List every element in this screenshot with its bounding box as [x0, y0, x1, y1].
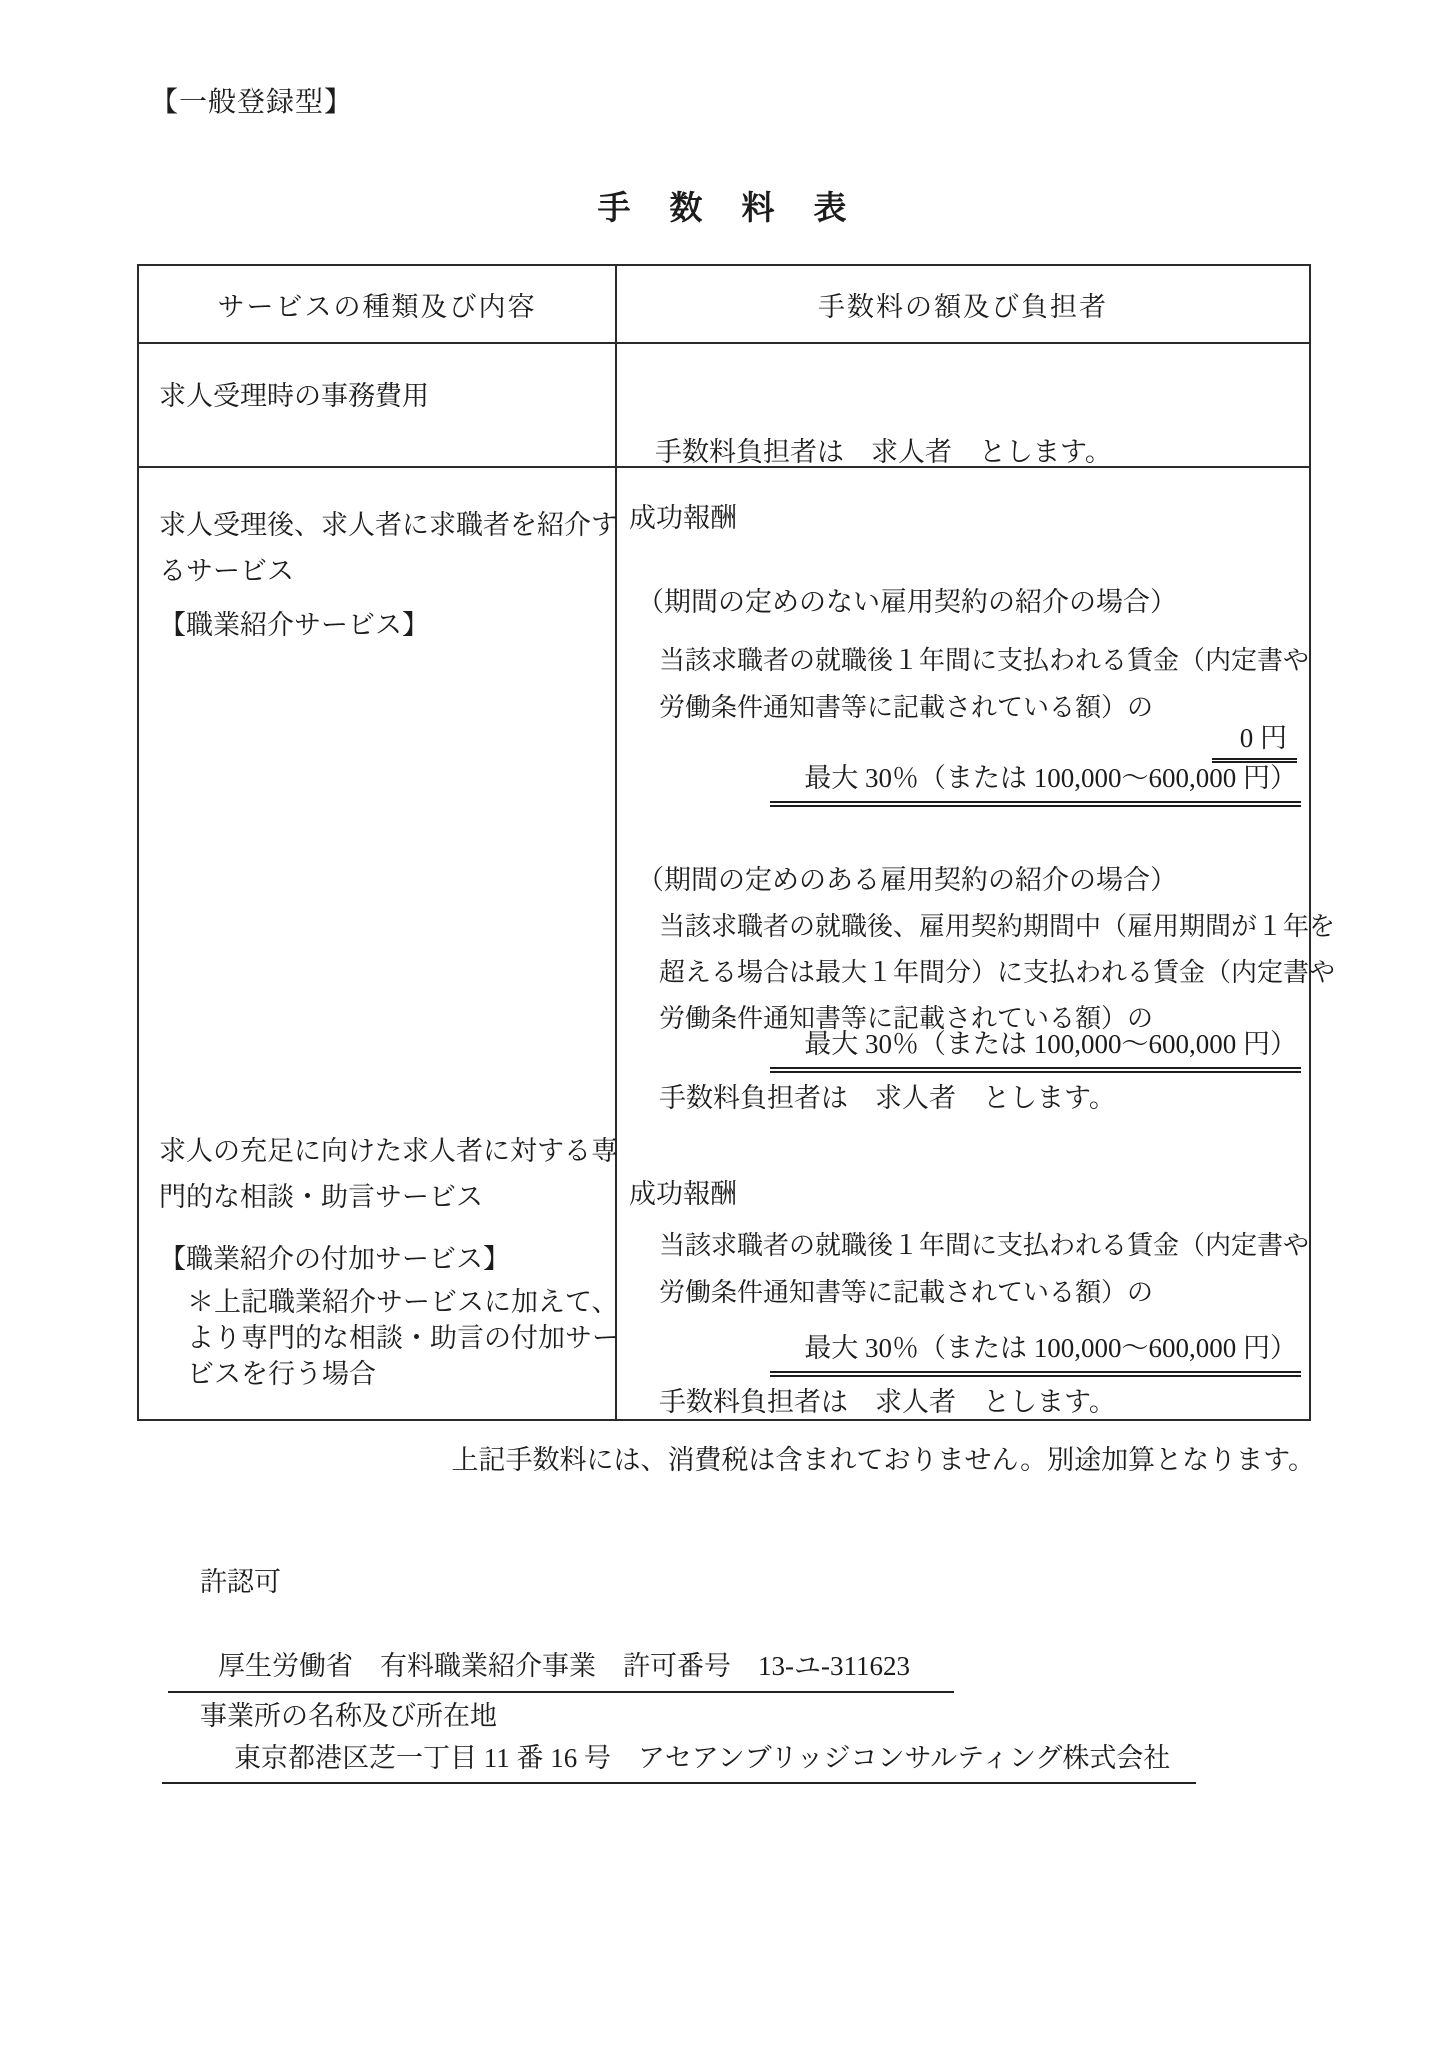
text-line: ビスを行う場合: [187, 1356, 609, 1392]
fee-schedule-page: 【一般登録型】 手 数 料 表 サービスの種類及び内容 手数料の額及び負担者 求…: [0, 0, 1447, 2048]
placement-service-lines: 求人受理後、求人者に求職者を紹介するサービス: [159, 502, 609, 594]
intake-payer-text: 手数料負担者は 求人者 とします。: [655, 430, 1112, 469]
text-line: 求人の充足に向けた求人者に対する専: [159, 1128, 609, 1174]
text-line: るサービス: [159, 548, 609, 594]
license-heading: 許認可: [200, 1560, 281, 1599]
page-title: 手 数 料 表: [0, 182, 1447, 229]
case-indefinite-block: （期間の定めのない雇用契約の紹介の場合） 当該求職者の就職後１年間に支払われる賃…: [629, 580, 1309, 731]
consulting-fee-body: 当該求職者の就職後１年間に支払われる賃金（内定書や労働条件通知書等に記載されてい…: [659, 1222, 1309, 1316]
services-left-cell: 求人受理後、求人者に求職者を紹介するサービス 【職業紹介サービス】 求人の充足に…: [139, 468, 617, 1419]
text-line: ＊上記職業紹介サービスに加えて、: [187, 1284, 609, 1320]
doc-type-label: 【一般登録型】: [150, 80, 353, 120]
intake-service-cell: 求人受理時の事務費用: [139, 344, 617, 466]
consulting-max-fee: 最大 30％（または 100,000～600,000 円）: [770, 1326, 1301, 1377]
table-row-intake: 求人受理時の事務費用 0 円 手数料負担者は 求人者 とします。: [139, 344, 1309, 468]
text-line: 門的な相談・助言サービス: [159, 1174, 609, 1220]
text-line: 労働条件通知書等に記載されている額）の: [659, 1269, 1309, 1316]
text-line: 労働条件通知書等に記載されている額）の: [659, 684, 1309, 731]
case-fixed-label: （期間の定めのある雇用契約の紹介の場合）: [637, 858, 1309, 903]
col-header-fee: 手数料の額及び負担者: [617, 266, 1309, 342]
office-name-label: 事業所の名称及び所在地: [200, 1694, 497, 1733]
placement-fee-heading: 成功報酬: [629, 496, 1309, 541]
consulting-service-lines: 求人の充足に向けた求人者に対する専門的な相談・助言サービス: [159, 1128, 609, 1220]
fee-table: サービスの種類及び内容 手数料の額及び負担者 求人受理時の事務費用 0 円 手数…: [137, 264, 1311, 1421]
case-indefinite-body: 当該求職者の就職後１年間に支払われる賃金（内定書や労働条件通知書等に記載されてい…: [659, 637, 1309, 731]
consulting-max-fee-line: 最大 30％（または 100,000～600,000 円）: [617, 1326, 1301, 1377]
consulting-service-note: ＊上記職業紹介サービスに加えて、より専門的な相談・助言の付加サービスを行う場合: [187, 1284, 609, 1392]
consulting-service-block: 求人の充足に向けた求人者に対する専門的な相談・助言サービス 【職業紹介の付加サー…: [159, 1128, 609, 1392]
consulting-payer-text: 手数料負担者は 求人者 とします。: [659, 1380, 1116, 1419]
placement-service-block: 求人受理後、求人者に求職者を紹介するサービス 【職業紹介サービス】: [159, 502, 609, 648]
text-line: 当該求職者の就職後、雇用契約期間中（雇用期間が１年を: [659, 904, 1309, 950]
consulting-fee-heading: 成功報酬: [629, 1172, 1309, 1217]
case-fixed-max-fee-line: 最大 30％（または 100,000～600,000 円）: [617, 1022, 1301, 1073]
placement-service-tag: 【職業紹介サービス】: [159, 602, 609, 648]
case-indefinite-max-fee-line: 最大 30％（または 100,000～600,000 円）: [617, 756, 1301, 807]
office-address: 東京都港区芝一丁目 11 番 16 号 アセアンブリッジコンサルティング株式会社: [162, 1736, 1196, 1784]
services-fee-cell: 成功報酬 （期間の定めのない雇用契約の紹介の場合） 当該求職者の就職後１年間に支…: [617, 468, 1309, 1419]
intake-service-label: 求人受理時の事務費用: [139, 344, 615, 413]
consulting-service-tag: 【職業紹介の付加サービス】: [159, 1236, 609, 1282]
col-header-service: サービスの種類及び内容: [139, 266, 617, 342]
text-line: より専門的な相談・助言の付加サー: [187, 1320, 609, 1356]
table-header-row: サービスの種類及び内容 手数料の額及び負担者: [139, 266, 1309, 344]
placement-payer-text: 手数料負担者は 求人者 とします。: [659, 1076, 1116, 1115]
text-line: 超える場合は最大１年間分）に支払われる賃金（内定書や: [659, 950, 1309, 996]
case-indefinite-label: （期間の定めのない雇用契約の紹介の場合）: [637, 580, 1309, 625]
consulting-fee-block: 成功報酬 当該求職者の就職後１年間に支払われる賃金（内定書や労働条件通知書等に記…: [629, 1172, 1309, 1316]
case-fixed-max-fee: 最大 30％（または 100,000～600,000 円）: [770, 1022, 1301, 1073]
case-fixed-block: （期間の定めのある雇用契約の紹介の場合） 当該求職者の就職後、雇用契約期間中（雇…: [629, 858, 1309, 1042]
intake-fee-cell: 0 円 手数料負担者は 求人者 とします。: [617, 344, 1309, 466]
license-permit-number: 厚生労働省 有料職業紹介事業 許可番号 13-ユ-311623: [168, 1644, 954, 1693]
case-indefinite-max-fee: 最大 30％（または 100,000～600,000 円）: [770, 756, 1301, 807]
text-line: 求人受理後、求人者に求職者を紹介す: [159, 502, 609, 548]
text-line: 当該求職者の就職後１年間に支払われる賃金（内定書や: [659, 637, 1309, 684]
tax-note: 上記手数料には、消費税は含まれておりません。別途加算となります。: [452, 1438, 1315, 1477]
table-row-services: 求人受理後、求人者に求職者を紹介するサービス 【職業紹介サービス】 求人の充足に…: [139, 468, 1309, 1419]
text-line: 当該求職者の就職後１年間に支払われる賃金（内定書や: [659, 1222, 1309, 1269]
